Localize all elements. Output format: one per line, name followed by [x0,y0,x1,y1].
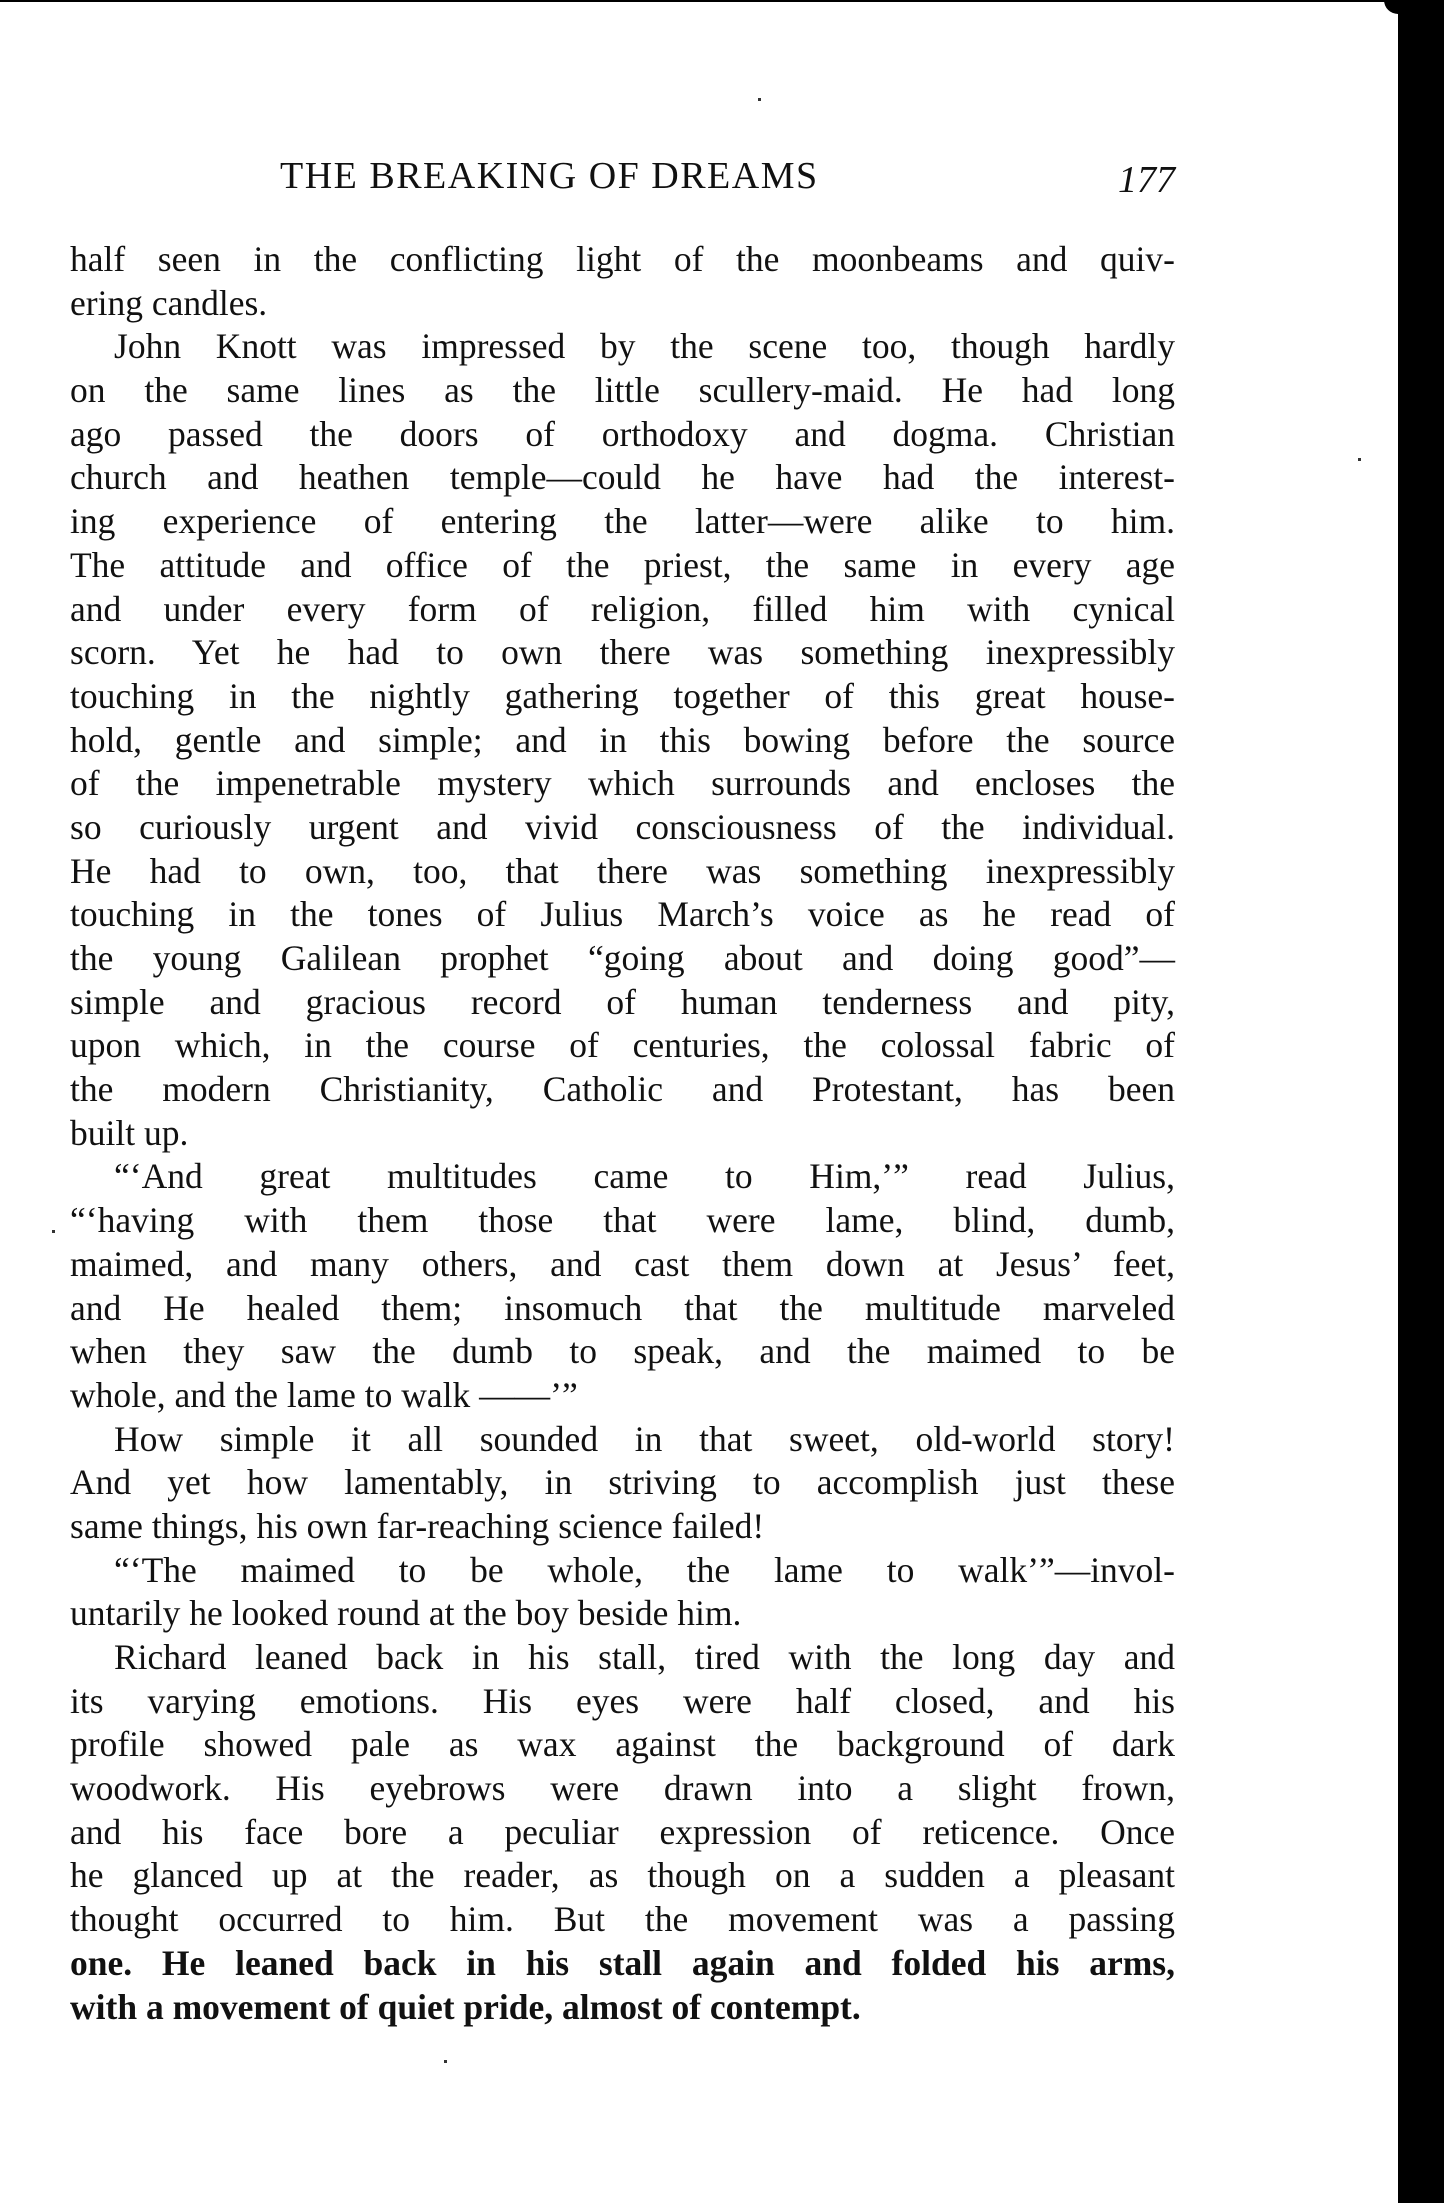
running-title: THE BREAKING OF DREAMS [280,150,819,202]
paragraph: half seen in the conflicting light of th… [70,238,1175,325]
scan-speck [444,2060,447,2063]
text-line: He had to own, too, that there was somet… [70,850,1175,894]
text-line: untarily he looked round at the boy besi… [70,1592,1175,1636]
text-line: the young Galilean prophet “going about … [70,937,1175,981]
text-line: so curiously urgent and vivid consciousn… [70,806,1175,850]
text-line: and under every form of religion, filled… [70,588,1175,632]
text-line: on the same lines as the little scullery… [70,369,1175,413]
scan-speck [1358,458,1361,461]
text-line: upon which, in the course of centuries, … [70,1024,1175,1068]
text-line: same things, his own far-reaching scienc… [70,1505,1175,1549]
text-line: ering candles. [70,282,1175,326]
text-line: touching in the tones of Julius March’s … [70,893,1175,937]
text-line: and He healed them; insomuch that the mu… [70,1287,1175,1331]
text-line: church and heathen temple—could he have … [70,456,1175,500]
scan-speck [52,1230,55,1233]
scan-top-edge [0,0,1444,2]
text-line: touching in the nightly gathering togeth… [70,675,1175,719]
paragraph: Richard leaned back in his stall, tired … [70,1636,1175,2029]
text-line: thought occurred to him. But the movemen… [70,1898,1175,1942]
text-line: John Knott was impressed by the scene to… [70,325,1175,369]
text-line: of the impenetrable mystery which surrou… [70,762,1175,806]
paragraph: How simple it all sounded in that sweet,… [70,1418,1175,1549]
text-line: whole, and the lame to walk ——’” [70,1374,1175,1418]
text-line: maimed, and many others, and cast them d… [70,1243,1175,1287]
text-line: its varying emotions. His eyes were half… [70,1680,1175,1724]
text-line: And yet how lamentably, in striving to a… [70,1461,1175,1505]
page-header: THE BREAKING OF DREAMS 177 [70,150,1175,202]
text-line: when they saw the dumb to speak, and the… [70,1330,1175,1374]
text-line: “‘having with them those that were lame,… [70,1199,1175,1243]
text-line: one. He leaned back in his stall again a… [70,1942,1175,1986]
text-line: “‘The maimed to be whole, the lame to wa… [70,1549,1175,1593]
text-line: he glanced up at the reader, as though o… [70,1854,1175,1898]
body-text: half seen in the conflicting light of th… [70,238,1175,2029]
text-line: How simple it all sounded in that sweet,… [70,1418,1175,1462]
text-line: half seen in the conflicting light of th… [70,238,1175,282]
scan-right-edge [1398,0,1444,2203]
text-line: the modern Christianity, Catholic and Pr… [70,1068,1175,1112]
text-line: ing experience of entering the latter—we… [70,500,1175,544]
text-line: woodwork. His eyebrows were drawn into a… [70,1767,1175,1811]
text-line: “‘And great multitudes came to Him,’” re… [70,1155,1175,1199]
text-line: The attitude and office of the priest, t… [70,544,1175,588]
paragraph: John Knott was impressed by the scene to… [70,325,1175,1155]
page-number: 177 [1118,154,1175,206]
text-line: Richard leaned back in his stall, tired … [70,1636,1175,1680]
text-line: hold, gentle and simple; and in this bow… [70,719,1175,763]
text-line: scorn. Yet he had to own there was somet… [70,631,1175,675]
paragraph: “‘And great multitudes came to Him,’” re… [70,1155,1175,1417]
text-line: with a movement of quiet pride, almost o… [70,1986,1175,2030]
text-line: simple and gracious record of human tend… [70,981,1175,1025]
text-line: built up. [70,1112,1175,1156]
text-line: profile showed pale as wax against the b… [70,1723,1175,1767]
book-page: THE BREAKING OF DREAMS 177 half seen in … [0,0,1444,2203]
text-line: and his face bore a peculiar expression … [70,1811,1175,1855]
text-line: ago passed the doors of orthodoxy and do… [70,413,1175,457]
scan-speck [758,98,761,101]
paragraph: “‘The maimed to be whole, the lame to wa… [70,1549,1175,1636]
